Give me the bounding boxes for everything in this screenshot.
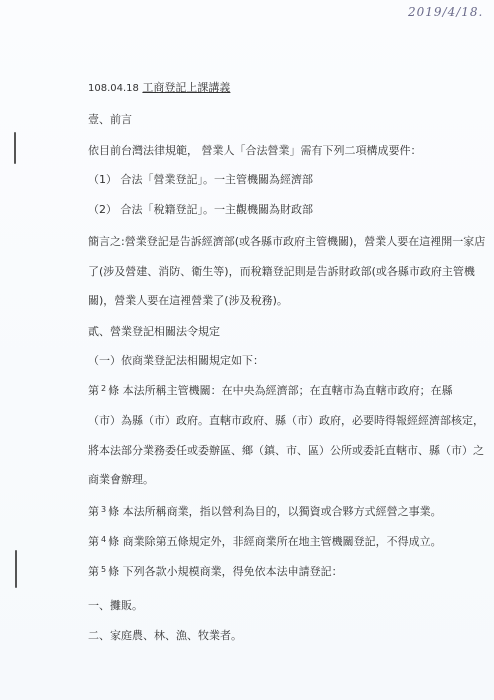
section2-heading: 貳、營業登記相關法令規定 — [88, 323, 220, 339]
article-number: 2 — [101, 384, 106, 393]
margin-mark-top — [14, 132, 16, 164]
requirement-item-1: （1） 合法「營業登記」。一主管機關為經濟部 — [88, 171, 313, 187]
requirement-item-2: （2） 合法「稅籍登記」。一主觀機關為財政部 — [88, 201, 313, 217]
exempt-list-item: 一、攤販。 — [88, 597, 143, 613]
item-text: 合法「稅籍登記」。一主觀機關為財政部 — [121, 203, 314, 216]
title-date: 108.04.18 — [88, 83, 139, 94]
article-2-line: 商業會辦理。 — [88, 471, 154, 487]
section1-intro: 依目前台灣法律規範， 營業人「合法營業」需有下列二項構成要件： — [88, 142, 422, 158]
article-number: 5 — [101, 565, 106, 574]
exempt-list-item: 二、家庭農、林、漁、牧業者。 — [88, 627, 242, 643]
scanned-page: 2019/4/18. 108.04.18 工商登記上課講義 壹、前言 依目前台灣… — [0, 0, 494, 700]
article-2-line: 第2條 本法所稱主管機關：在中央為經濟部；在直轄市為直轄市政府；在縣 — [88, 382, 453, 398]
article-text: 本法所稱商業，指以營利為目的，以獨資或合夥方式經營之事業。 — [123, 505, 442, 518]
item-text: 合法「營業登記」。一主管機關為經濟部 — [121, 173, 314, 186]
section1-heading: 壹、前言 — [88, 111, 132, 127]
title-text: 工商登記上課講義 — [142, 81, 230, 94]
article-prefix: 第 — [88, 384, 99, 397]
handwritten-date: 2019/4/18. — [408, 5, 483, 19]
article-suffix: 條 — [108, 384, 119, 397]
article-number: 4 — [101, 535, 106, 544]
article-4: 第4條 商業除第五條規定外，非經商業所在地主管機關登記，不得成立。 — [88, 533, 442, 549]
summary-line: 簡言之:營業登記是告訴經濟部(或各縣市政府主管機關)，營業人要在這裡開一家店 — [88, 233, 485, 249]
item-num: （1） — [88, 173, 117, 186]
article-prefix: 第 — [88, 505, 99, 518]
article-prefix: 第 — [88, 535, 99, 548]
article-3: 第3條 本法所稱商業，指以營利為目的，以獨資或合夥方式經營之事業。 — [88, 503, 442, 519]
article-2-line: （市）為縣（市）政府。直轄市政府、縣（市）政府，必要時得報經經濟部核定， — [88, 412, 484, 428]
article-suffix: 條 — [108, 535, 119, 548]
article-text: 本法所稱主管機關：在中央為經濟部；在直轄市為直轄市政府；在縣 — [123, 384, 453, 397]
article-suffix: 條 — [108, 565, 119, 578]
article-5: 第5條 下列各款小規模商業，得免依本法申請登記： — [88, 563, 343, 579]
margin-mark-bottom — [15, 550, 17, 588]
article-2-line: 將本法部分業務委任或委辦區、鄉（鎮、市、區）公所或委託直轄市、縣（市）之 — [88, 442, 484, 458]
article-prefix: 第 — [88, 565, 99, 578]
item-num: （2） — [88, 203, 117, 216]
article-text: 商業除第五條規定外，非經商業所在地主管機關登記，不得成立。 — [123, 535, 442, 548]
article-suffix: 條 — [108, 505, 119, 518]
article-text: 下列各款小規模商業，得免依本法申請登記： — [123, 565, 343, 578]
section2-subheading: （一）依商業登記法相關規定如下： — [88, 352, 264, 368]
summary-line: 關)，營業人要在這裡營業了(涉及稅務)。 — [88, 292, 288, 308]
summary-line: 了(涉及營建、消防、衛生等)，而稅籍登記則是告訴財政部(或各縣市政府主管機 — [88, 263, 475, 279]
document-title: 108.04.18 工商登記上課講義 — [88, 79, 230, 95]
article-number: 3 — [101, 505, 106, 514]
